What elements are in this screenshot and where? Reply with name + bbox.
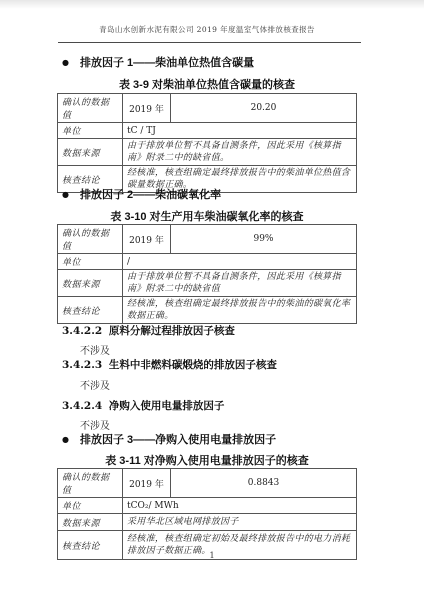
value-cell: 99%: [171, 225, 357, 254]
factor-3-heading: ● 排放因子 3——净购入使用电量排放因子: [62, 431, 276, 447]
conclusion-label: 核查结论: [58, 297, 123, 324]
not-involved-text: 不涉及: [80, 377, 110, 392]
table-row: 数据来源 由于排放单位暂不具备自测条件，因此采用《核算指南》附录二中的缺省值: [58, 270, 357, 297]
factor-1-heading: ● 排放因子 1——柴油单位热值含碳量: [62, 54, 254, 70]
year-cell: 2019 年: [123, 225, 171, 254]
table-row: 单位 tCO₂/ MWh: [58, 498, 357, 514]
source-label: 数据来源: [58, 270, 123, 297]
table-3-11-title: 表 3-11 对净购入使用电量排放因子的核查: [57, 452, 357, 468]
value-cell: 0.8843: [171, 469, 357, 498]
source-cell: 由于排放单位暂不具备自测条件，因此采用《核算指南》附录二中的缺省值。: [123, 139, 357, 166]
table-3-9-title: 表 3-9 对柴油单位热值含碳量的核查: [57, 76, 357, 92]
table-row: 确认的数据值 2019 年 99%: [58, 225, 357, 254]
header-divider: [58, 42, 361, 43]
unit-label: 单位: [58, 123, 123, 139]
subsection-3-4-2-4-heading: 3.4.2.4 净购入使用电量排放因子: [62, 398, 224, 413]
confirmed-value-label: 确认的数据值: [58, 225, 123, 254]
conclusion-cell: 经核准，核查组确定最终排放报告中的柴油的碳氧化率数据正确。: [123, 297, 357, 324]
year-cell: 2019 年: [123, 469, 171, 498]
source-cell: 由于排放单位暂不具备自测条件，因此采用《核算指南》附录二中的缺省值: [123, 270, 357, 297]
page-content: 青岛山水创新水泥有限公司 2019 年度温室气体排放核查报告 ● 排放因子 1—…: [57, 0, 357, 600]
unit-cell: tC / TJ: [123, 123, 357, 139]
table-row: 确认的数据值 2019 年 0.8843: [58, 469, 357, 498]
factor-2-heading: ● 排放因子 2——柴油碳氧化率: [62, 186, 221, 202]
subsection-3-4-2-2-heading: 3.4.2.2 原料分解过程排放因子核查: [62, 323, 235, 338]
page-number: 1: [0, 551, 424, 560]
subsection-title: 生料中非燃料碳煅烧的排放因子核查: [109, 359, 277, 371]
value-cell: 20.20: [171, 94, 357, 123]
not-involved-text: 不涉及: [80, 417, 110, 432]
source-cell: 采用华北区域电网排放因子: [123, 514, 357, 531]
report-page: 青岛山水创新水泥有限公司 2019 年度温室气体排放核查报告 ● 排放因子 1—…: [0, 0, 424, 600]
bullet-icon: ●: [62, 190, 69, 199]
source-label: 数据来源: [58, 139, 123, 166]
bullet-icon: ●: [62, 435, 69, 444]
confirmed-value-label: 确认的数据值: [58, 469, 123, 498]
table-row: 核查结论 经核准，核查组确定最终排放报告中的柴油的碳氧化率数据正确。: [58, 297, 357, 324]
table-row: 数据来源 采用华北区域电网排放因子: [58, 514, 357, 531]
table-row: 确认的数据值 2019 年 20.20: [58, 94, 357, 123]
source-label: 数据来源: [58, 514, 123, 531]
year-cell: 2019 年: [123, 94, 171, 123]
table-3-11: 确认的数据值 2019 年 0.8843 单位 tCO₂/ MWh 数据来源 采…: [57, 468, 357, 560]
table-row: 单位 /: [58, 254, 357, 270]
factor-2-title: 排放因子 2——柴油碳氧化率: [80, 186, 221, 202]
table-row: 数据来源 由于排放单位暂不具备自测条件，因此采用《核算指南》附录二中的缺省值。: [58, 139, 357, 166]
table-3-10: 确认的数据值 2019 年 99% 单位 / 数据来源 由于排放单位暂不具备自测…: [57, 224, 357, 324]
bullet-icon: ●: [62, 58, 69, 67]
unit-cell: tCO₂/ MWh: [123, 498, 357, 514]
table-row: 单位 tC / TJ: [58, 123, 357, 139]
subsection-number: 3.4.2.4: [62, 400, 102, 412]
unit-label: 单位: [58, 254, 123, 270]
subsection-3-4-2-3-heading: 3.4.2.3 生料中非燃料碳煅烧的排放因子核查: [62, 357, 277, 372]
subsection-title: 净购入使用电量排放因子: [109, 400, 225, 412]
subsection-title: 原料分解过程排放因子核查: [109, 325, 235, 337]
unit-label: 单位: [58, 498, 123, 514]
factor-1-title: 排放因子 1——柴油单位热值含碳量: [80, 54, 254, 70]
document-header: 青岛山水创新水泥有限公司 2019 年度温室气体排放核查报告: [57, 24, 357, 35]
subsection-number: 3.4.2.2: [62, 325, 102, 337]
not-involved-text: 不涉及: [80, 342, 110, 357]
unit-cell: /: [123, 254, 357, 270]
table-3-9: 确认的数据值 2019 年 20.20 单位 tC / TJ 数据来源 由于排放…: [57, 93, 357, 193]
table-3-10-title: 表 3-10 对生产用车柴油碳氧化率的核查: [57, 208, 357, 224]
confirmed-value-label: 确认的数据值: [58, 94, 123, 123]
subsection-number: 3.4.2.3: [62, 359, 102, 371]
factor-3-title: 排放因子 3——净购入使用电量排放因子: [80, 431, 276, 447]
